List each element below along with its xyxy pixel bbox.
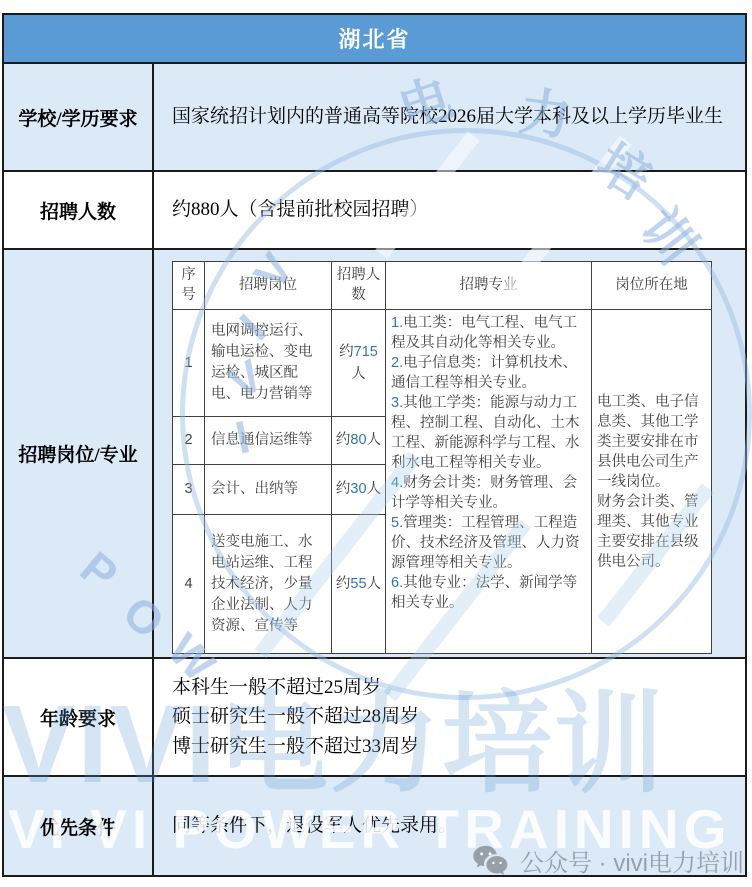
row1-count: 约715人	[332, 310, 386, 417]
major-item: 6.其他专业：法学、新闻学等相关专业。	[391, 573, 587, 613]
row3-count-prefix: 约	[336, 481, 351, 497]
col-header-count: 招聘人数	[332, 262, 386, 310]
row2-count-num: 80	[350, 432, 366, 448]
row1-no: 1	[173, 310, 205, 417]
priority-condition-text: 同等条件下，退役军人优先录用。	[172, 811, 745, 840]
col-header-no: 序号	[173, 262, 205, 310]
row4-count-num: 55	[350, 576, 366, 592]
row4-count-prefix: 约	[336, 576, 351, 592]
major-num: 2.	[391, 355, 403, 371]
col-header-majors: 招聘专业	[386, 262, 592, 310]
row-age-requirement: 年龄要求 本科生一般不超过25周岁 硕士研究生一般不超过28周岁 博士研究生一般…	[4, 657, 745, 775]
province-title: 湖北省	[338, 23, 410, 54]
education-requirement-text: 国家统招计划内的普通高等院校2026届大学本科及以上学历毕业生	[172, 102, 745, 131]
row3-post: 会计、出纳等	[205, 465, 332, 515]
major-item: 3.其他工学类：能源与动力工程、控制工程、自动化、土木工程、新能源科学与工程、水…	[391, 393, 587, 473]
major-text: 电工类：电气工程、电气工程及其自动化等相关专业。	[391, 315, 577, 351]
majors-cell: 1.电工类：电气工程、电气工程及其自动化等相关专业。 2.电子信息类：计算机技术…	[386, 310, 592, 654]
row3-count-suffix: 人	[367, 481, 382, 497]
major-text: 管理类：工程管理、工程造价、技术经济及管理、人力资源管理等相关专业。	[391, 515, 580, 571]
positions-header-row: 序号 招聘岗位 招聘人数 招聘专业 岗位所在地	[173, 262, 712, 310]
row2-count-suffix: 人	[367, 432, 382, 448]
major-item: 5.管理类：工程管理、工程造价、技术经济及管理、人力资源管理等相关专业。	[391, 513, 587, 573]
positions-content: 序号 招聘岗位 招聘人数 招聘专业 岗位所在地 1 电网调控运行、输电运检、变电…	[154, 250, 745, 657]
row1-post: 电网调控运行、输电运检、变电运检、城区配电、电力营销等	[205, 310, 332, 417]
row4-count: 约55人	[332, 515, 386, 654]
col-header-location: 岗位所在地	[592, 262, 712, 310]
major-text: 电子信息类：计算机技术、通信工程等相关专业。	[391, 355, 577, 391]
row2-post: 信息通信运维等	[205, 417, 332, 465]
education-requirement-label: 学校/学历要求	[4, 64, 154, 170]
headcount-text: 约880人（含提前批校园招聘）	[172, 195, 745, 224]
major-item: 1.电工类：电气工程、电气工程及其自动化等相关专业。	[391, 313, 587, 353]
major-num: 3.	[391, 395, 403, 411]
major-num: 4.	[391, 475, 403, 491]
major-num: 1.	[391, 315, 403, 331]
col-header-post: 招聘岗位	[205, 262, 332, 310]
row-headcount: 招聘人数 约880人（含提前批校园招聘）	[4, 170, 745, 248]
row-education-requirement: 学校/学历要求 国家统招计划内的普通高等院校2026届大学本科及以上学历毕业生	[4, 62, 745, 170]
major-num: 5.	[391, 515, 403, 531]
age-line-bachelor: 本科生一般不超过25周岁	[172, 673, 745, 702]
location-paragraph: 财务会计类、管理类、其他专业主要安排在县级供电公司。	[597, 492, 706, 572]
province-header: 湖北省	[4, 15, 745, 62]
row4-post: 送变电施工、水电站运维、工程技术经济，少量企业法制、人力资源、宣传等	[205, 515, 332, 654]
recruitment-table: 湖北省 学校/学历要求 国家统招计划内的普通高等院校2026届大学本科及以上学历…	[2, 13, 747, 877]
wechat-icon	[471, 844, 511, 878]
major-text: 其他专业：法学、新闻学等相关专业。	[391, 575, 577, 611]
table-row: 1 电网调控运行、输电运检、变电运检、城区配电、电力营销等 约715人 1.电工…	[173, 310, 712, 417]
positions-table-inner: 序号 招聘岗位 招聘人数 招聘专业 岗位所在地 1 电网调控运行、输电运检、变电…	[172, 261, 712, 654]
row2-no: 2	[173, 417, 205, 465]
headcount-label: 招聘人数	[4, 172, 154, 248]
headcount-value: 约880人（含提前批校园招聘）	[154, 172, 745, 248]
location-paragraph: 电工类、电子信息类、其他工学类主要安排在市县供电公司生产一线岗位。	[597, 392, 706, 492]
row2-count: 约80人	[332, 417, 386, 465]
row2-count-prefix: 约	[336, 432, 351, 448]
major-item: 2.电子信息类：计算机技术、通信工程等相关专业。	[391, 353, 587, 393]
age-requirement-value: 本科生一般不超过25周岁 硕士研究生一般不超过28周岁 博士研究生一般不超过33…	[154, 659, 745, 775]
row1-count-suffix: 人	[351, 366, 366, 382]
row1-count-num: 715	[354, 344, 378, 360]
wechat-account-label: 公众号 · vivi电力培训	[520, 843, 744, 878]
positions-label: 招聘岗位/专业	[4, 250, 154, 657]
location-cell: 电工类、电子信息类、其他工学类主要安排在市县供电公司生产一线岗位。 财务会计类、…	[592, 310, 712, 654]
major-text: 财务会计类：财务管理、会计学等相关专业。	[391, 475, 577, 511]
major-item: 4.财务会计类：财务管理、会计学等相关专业。	[391, 473, 587, 513]
row-positions: 招聘岗位/专业 序号 招聘岗位 招聘人数 招聘专业 岗位所在地 1 电网调控运行…	[4, 248, 745, 657]
row3-no: 3	[173, 465, 205, 515]
major-text: 其他工学类：能源与动力工程、控制工程、自动化、土木工程、新能源科学与工程、水利水…	[391, 395, 580, 471]
row3-count-num: 30	[350, 481, 366, 497]
age-line-doctor: 博士研究生一般不超过33周岁	[172, 732, 745, 761]
age-requirement-label: 年龄要求	[4, 659, 154, 775]
education-requirement-value: 国家统招计划内的普通高等院校2026届大学本科及以上学历毕业生	[154, 64, 745, 170]
row4-no: 4	[173, 515, 205, 654]
priority-condition-label: 优先条件	[4, 777, 154, 875]
row4-count-suffix: 人	[367, 576, 382, 592]
major-num: 6.	[391, 575, 403, 591]
age-line-master: 硕士研究生一般不超过28周岁	[172, 702, 745, 731]
wechat-account-footer: 公众号 · vivi电力培训	[471, 843, 744, 878]
row3-count: 约30人	[332, 465, 386, 515]
row1-count-prefix: 约	[339, 344, 354, 360]
